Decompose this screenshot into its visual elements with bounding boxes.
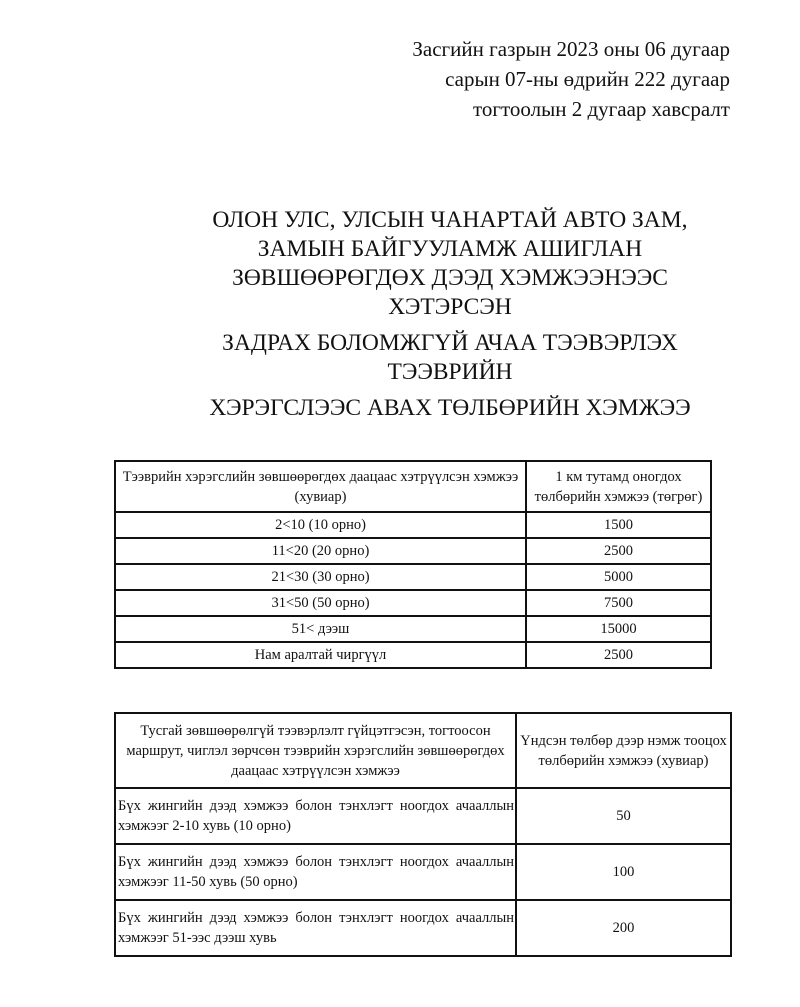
table-row: 31<50 (50 орно) 7500 — [115, 590, 711, 616]
title-block-3: ХЭРЭГСЛЭЭС АВАХ ТӨЛБӨРИЙН ХЭМЖЭЭ — [100, 394, 800, 423]
cell-fee: 15000 — [526, 616, 711, 642]
cell-condition: Бүх жингийн дээд хэмжээ болон тэнхлэгт н… — [115, 844, 516, 900]
cell-fee: 5000 — [526, 564, 711, 590]
cell-range: 51< дээш — [115, 616, 526, 642]
table-row: 51< дээш 15000 — [115, 616, 711, 642]
cell-percent: 200 — [516, 900, 731, 956]
title-block-2: ЗАДРАХ БОЛОМЖГҮЙ АЧАА ТЭЭВЭРЛЭХ ТЭЭВРИЙН — [100, 329, 800, 387]
table-row: Бүх жингийн дээд хэмжээ болон тэнхлэгт н… — [115, 788, 731, 844]
cell-fee: 7500 — [526, 590, 711, 616]
cell-range: 2<10 (10 орно) — [115, 512, 526, 538]
annex-line: Засгийн газрын 2023 оны 06 дугаар — [412, 34, 730, 64]
cell-condition: Бүх жингийн дээд хэмжээ болон тэнхлэгт н… — [115, 900, 516, 956]
cell-condition: Бүх жингийн дээд хэмжээ болон тэнхлэгт н… — [115, 788, 516, 844]
annex-line: сарын 07-ны өдрийн 222 дугаар — [412, 64, 730, 94]
table-header-row: Тээврийн хэрэгслийн зөвшөөрөгдөх даацаас… — [115, 461, 711, 512]
annex-reference: Засгийн газрын 2023 оны 06 дугаар сарын … — [412, 34, 730, 124]
table-row: 11<20 (20 орно) 2500 — [115, 538, 711, 564]
header-overload-percent: Тээврийн хэрэгслийн зөвшөөрөгдөх даацаас… — [115, 461, 526, 512]
table-row: 21<30 (30 орно) 5000 — [115, 564, 711, 590]
cell-fee: 2500 — [526, 538, 711, 564]
title-block-1: ОЛОН УЛС, УЛСЫН ЧАНАРТАЙ АВТО ЗАМ, ЗАМЫН… — [100, 206, 800, 322]
table-row: Нам аралтай чиргүүл 2500 — [115, 642, 711, 668]
cell-range: 21<30 (30 орно) — [115, 564, 526, 590]
table-row: Бүх жингийн дээд хэмжээ болон тэнхлэгт н… — [115, 844, 731, 900]
document-title: ОЛОН УЛС, УЛСЫН ЧАНАРТАЙ АВТО ЗАМ, ЗАМЫН… — [100, 206, 800, 430]
table-row: Бүх жингийн дээд хэмжээ болон тэнхлэгт н… — [115, 900, 731, 956]
title-line: ЗАМЫН БАЙГУУЛАМЖ АШИГЛАН — [100, 235, 800, 264]
title-line: ЗАДРАХ БОЛОМЖГҮЙ АЧАА ТЭЭВЭРЛЭХ — [100, 329, 800, 358]
header-additional-percent: Үндсэн төлбөр дээр нэмж тооцох төлбөрийн… — [516, 713, 731, 788]
title-line: ЗӨВШӨӨРӨГДӨХ ДЭЭД ХЭМЖЭЭНЭЭС — [100, 264, 800, 293]
cell-percent: 50 — [516, 788, 731, 844]
cell-range: 31<50 (50 орно) — [115, 590, 526, 616]
fee-per-km-table: Тээврийн хэрэгслийн зөвшөөрөгдөх даацаас… — [114, 460, 712, 669]
title-line: ОЛОН УЛС, УЛСЫН ЧАНАРТАЙ АВТО ЗАМ, — [100, 206, 800, 235]
header-violation-condition: Тусгай зөвшөөрөлгүй тээвэрлэлт гүйцэтгэс… — [115, 713, 516, 788]
cell-percent: 100 — [516, 844, 731, 900]
title-line: ХЭТЭРСЭН — [100, 293, 800, 322]
additional-fee-table: Тусгай зөвшөөрөлгүй тээвэрлэлт гүйцэтгэс… — [114, 712, 732, 957]
table-row: 2<10 (10 орно) 1500 — [115, 512, 711, 538]
table-header-row: Тусгай зөвшөөрөлгүй тээвэрлэлт гүйцэтгэс… — [115, 713, 731, 788]
title-line: ТЭЭВРИЙН — [100, 358, 800, 387]
title-line: ХЭРЭГСЛЭЭС АВАХ ТӨЛБӨРИЙН ХЭМЖЭЭ — [100, 394, 800, 423]
cell-range: Нам аралтай чиргүүл — [115, 642, 526, 668]
cell-range: 11<20 (20 орно) — [115, 538, 526, 564]
cell-fee: 1500 — [526, 512, 711, 538]
cell-fee: 2500 — [526, 642, 711, 668]
annex-line: тогтоолын 2 дугаар хавсралт — [412, 94, 730, 124]
header-fee-per-km: 1 км тутамд оногдох төлбөрийн хэмжээ (тө… — [526, 461, 711, 512]
